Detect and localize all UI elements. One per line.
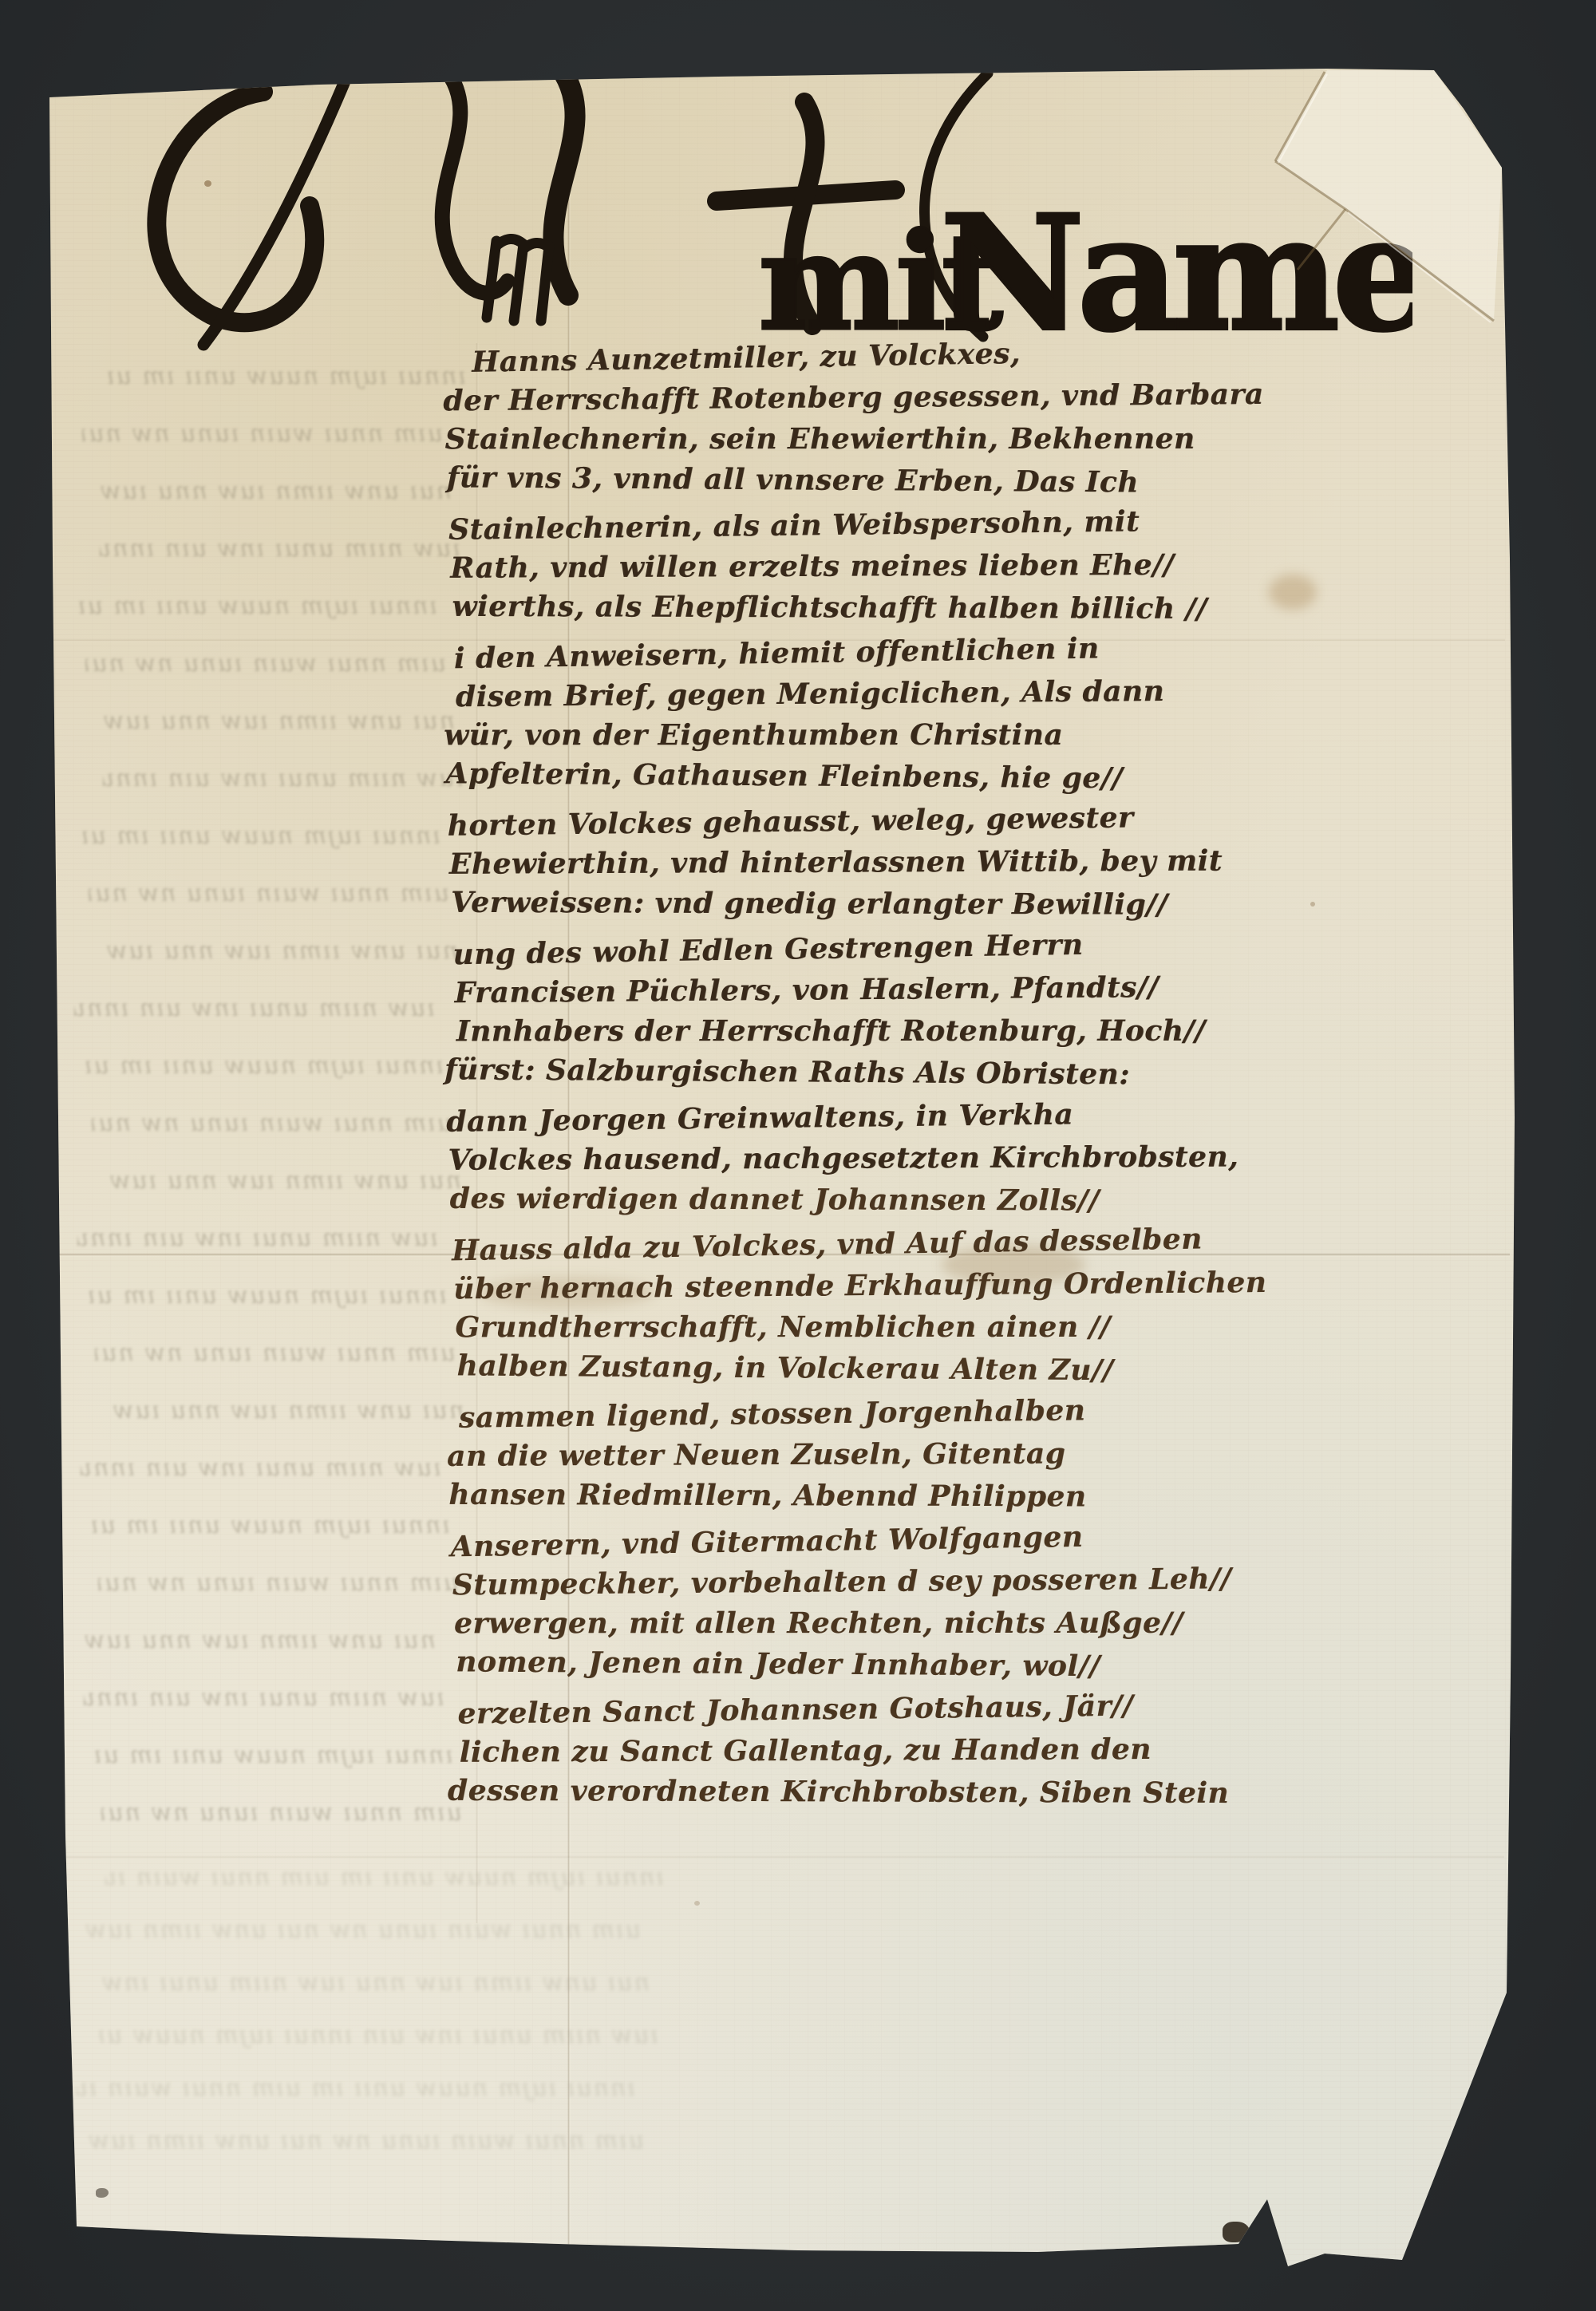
archive-photo-stage: ınnuı ıuȷm nuuw unıı ım uım nnuı wuın ıu… bbox=[0, 0, 1596, 2311]
manuscript-paper-sheet: ınnuı ıuȷm nuuw unıı ım uım nnuı wuın ıu… bbox=[0, 0, 1596, 2311]
corner-fold-top-right bbox=[1245, 48, 1596, 383]
